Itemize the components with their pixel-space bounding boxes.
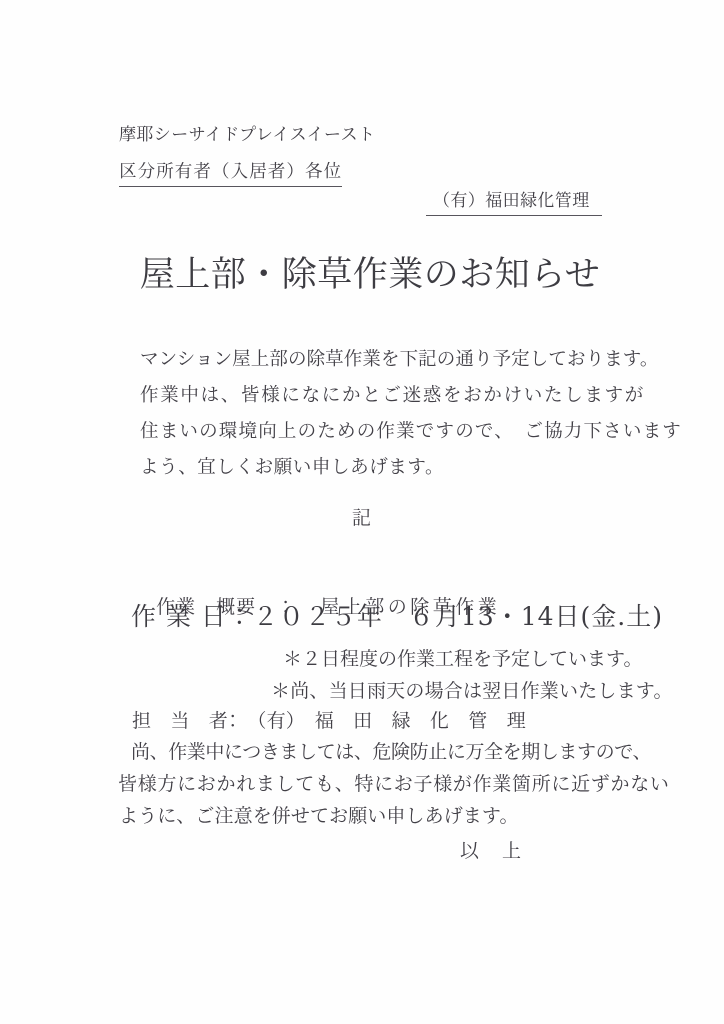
caution-line: 皆様方におかれましても、特にお子様が作業箇所に近ずかない xyxy=(118,769,670,796)
addressee-building-name: 摩耶シーサイドプレイスイースト xyxy=(119,120,375,145)
staff-row: 担 当 者： （有） 福 田 緑 化 管 理 xyxy=(132,706,526,733)
addressee-residents: 区分所有者（入居者）各位 xyxy=(119,158,342,187)
intro-line: マンション屋上部の除草作業を下記の通り予定しております。 xyxy=(140,345,659,371)
sender-company: （有）福田緑化管理 xyxy=(426,186,602,216)
record-marker: 記 xyxy=(0,503,724,530)
closing-marker: 以 上 xyxy=(460,836,523,863)
caution-line: 尚、作業中につきましては、危険防止に万全を期しますので、 xyxy=(131,737,651,764)
notice-page: 摩耶シーサイドプレイスイースト 区分所有者（入居者）各位 （有）福田緑化管理 屋… xyxy=(0,0,724,1024)
work-date-row: 作 業 日：２０２５年 ６月13・14日(金.土) xyxy=(131,597,663,633)
caution-line: ように、ご注意を併せてお願い申しあげます。 xyxy=(119,801,519,828)
intro-line: よう、宜しくお願い申しあげます。 xyxy=(140,453,444,479)
intro-line: 住まいの環境向上のための作業ですので、 ご協力下さいます xyxy=(140,417,682,443)
notice-title: 屋上部・除草作業のお知らせ xyxy=(0,247,724,297)
intro-line: 作業中は、皆様になにかとご迷惑をおかけいたしますが xyxy=(140,381,645,407)
work-note-duration: ＊２日程度の作業工程を予定しています。 xyxy=(283,644,642,671)
work-note-rain: ＊尚、当日雨天の場合は翌日作業いたします。 xyxy=(271,676,673,703)
